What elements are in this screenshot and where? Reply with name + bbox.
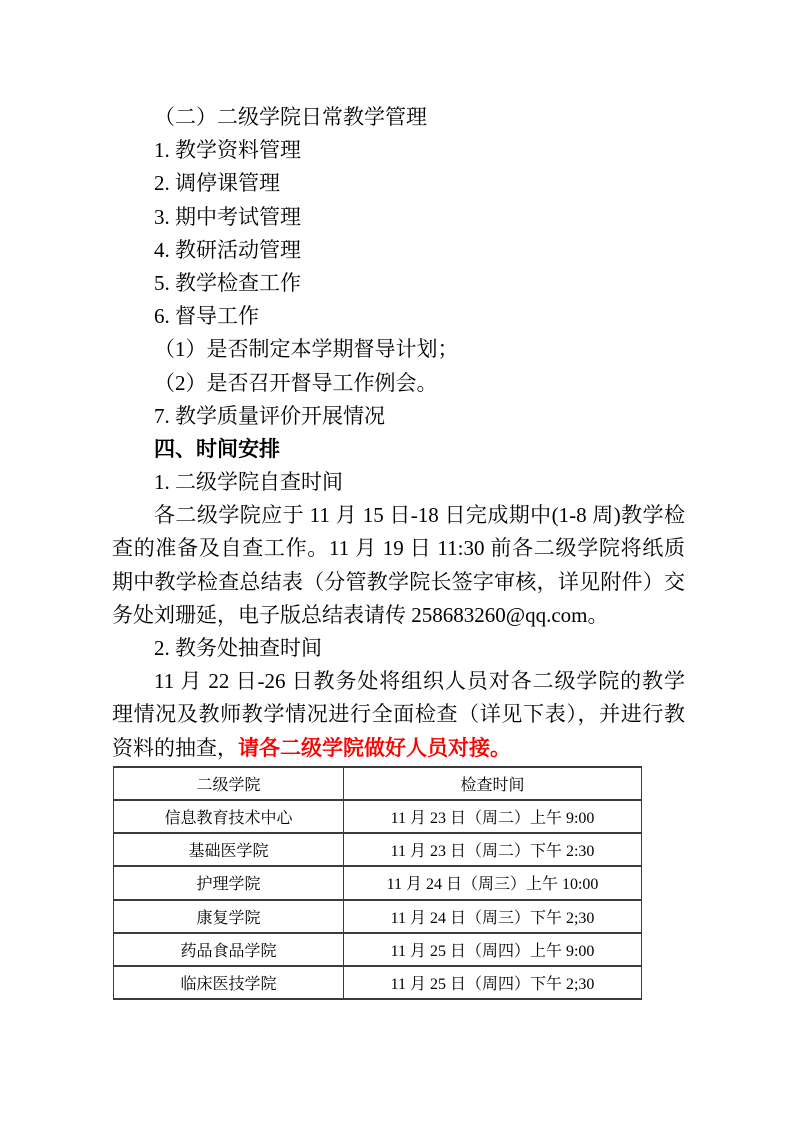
daily-item-1: 1. 教学资料管理 — [112, 134, 685, 167]
document-page: （二）二级学院日常教学管理 1. 教学资料管理 2. 调停课管理 3. 期中考试… — [112, 101, 685, 1000]
supervision-subitem-2: （2）是否召开督导工作例会。 — [112, 367, 685, 400]
daily-item-3: 3. 期中考试管理 — [112, 201, 685, 234]
college-cell: 基础医学院 — [114, 833, 344, 866]
inspection-schedule-table: 二级学院 检查时间 信息教育技术中心 11 月 23 日（周二）上午 9:00 … — [113, 766, 642, 1000]
table-row: 基础医学院 11 月 23 日（周二）下午 2:30 — [114, 833, 642, 866]
table-row: 药品食品学院 11 月 25 日（周四）上午 9:00 — [114, 933, 642, 966]
self-check-line-1: 各二级学院应于 11 月 15 日-18 日完成期中(1-8 周)教学检 — [112, 499, 685, 532]
spot-check-last-black: 资料的抽查， — [112, 736, 238, 760]
table-header-college: 二级学院 — [114, 767, 344, 800]
self-check-heading: 1. 二级学院自查时间 — [112, 466, 685, 499]
daily-item-6: 6. 督导工作 — [112, 300, 685, 333]
college-cell: 临床医技学院 — [114, 966, 344, 999]
spot-check-line-3: 资料的抽查，请各二级学院做好人员对接。 — [112, 732, 685, 765]
daily-item-7: 7. 教学质量评价开展情况 — [112, 400, 685, 433]
table-row: 临床医技学院 11 月 25 日（周四）下午 2;30 — [114, 966, 642, 999]
spot-check-heading: 2. 教务处抽查时间 — [112, 632, 685, 665]
table-row: 信息教育技术中心 11 月 23 日（周二）上午 9:00 — [114, 800, 642, 833]
time-cell: 11 月 23 日（周二）上午 9:00 — [344, 800, 642, 833]
section-4-heading: 四、时间安排 — [112, 433, 685, 466]
time-cell: 11 月 25 日（周四）上午 9:00 — [344, 933, 642, 966]
time-cell: 11 月 24 日（周三）下午 2;30 — [344, 900, 642, 933]
college-cell: 药品食品学院 — [114, 933, 344, 966]
daily-item-2: 2. 调停课管理 — [112, 167, 685, 200]
spot-check-line-1: 11 月 22 日-26 日教务处将组织人员对各二级学院的教学管 — [112, 665, 685, 698]
daily-item-4: 4. 教研活动管理 — [112, 234, 685, 267]
college-cell: 护理学院 — [114, 866, 344, 899]
college-cell: 康复学院 — [114, 900, 344, 933]
spot-check-last-red: 请各二级学院做好人员对接。 — [238, 736, 511, 760]
spot-check-line-2: 理情况及教师教学情况进行全面检查（详见下表），并进行教学 — [112, 698, 685, 731]
college-cell: 信息教育技术中心 — [114, 800, 344, 833]
supervision-subitem-1: （1）是否制定本学期督导计划； — [112, 333, 685, 366]
time-cell: 11 月 25 日（周四）下午 2;30 — [344, 966, 642, 999]
section-2-heading: （二）二级学院日常教学管理 — [112, 101, 685, 134]
self-check-line-3: 期中教学检查总结表（分管教学院长签字审核，详见附件）交教 — [112, 566, 685, 599]
self-check-line-2: 查的准备及自查工作。11 月 19 日 11:30 前各二级学院将纸质版 — [112, 532, 685, 565]
daily-item-5: 5. 教学检查工作 — [112, 267, 685, 300]
self-check-line-4: 务处刘珊延，电子版总结表请传 258683260@qq.com。 — [112, 599, 685, 632]
time-cell: 11 月 24 日（周三）上午 10:00 — [344, 866, 642, 899]
time-cell: 11 月 23 日（周二）下午 2:30 — [344, 833, 642, 866]
table-header-time: 检查时间 — [344, 767, 642, 800]
table-row: 康复学院 11 月 24 日（周三）下午 2;30 — [114, 900, 642, 933]
table-header-row: 二级学院 检查时间 — [114, 767, 642, 800]
table-row: 护理学院 11 月 24 日（周三）上午 10:00 — [114, 866, 642, 899]
